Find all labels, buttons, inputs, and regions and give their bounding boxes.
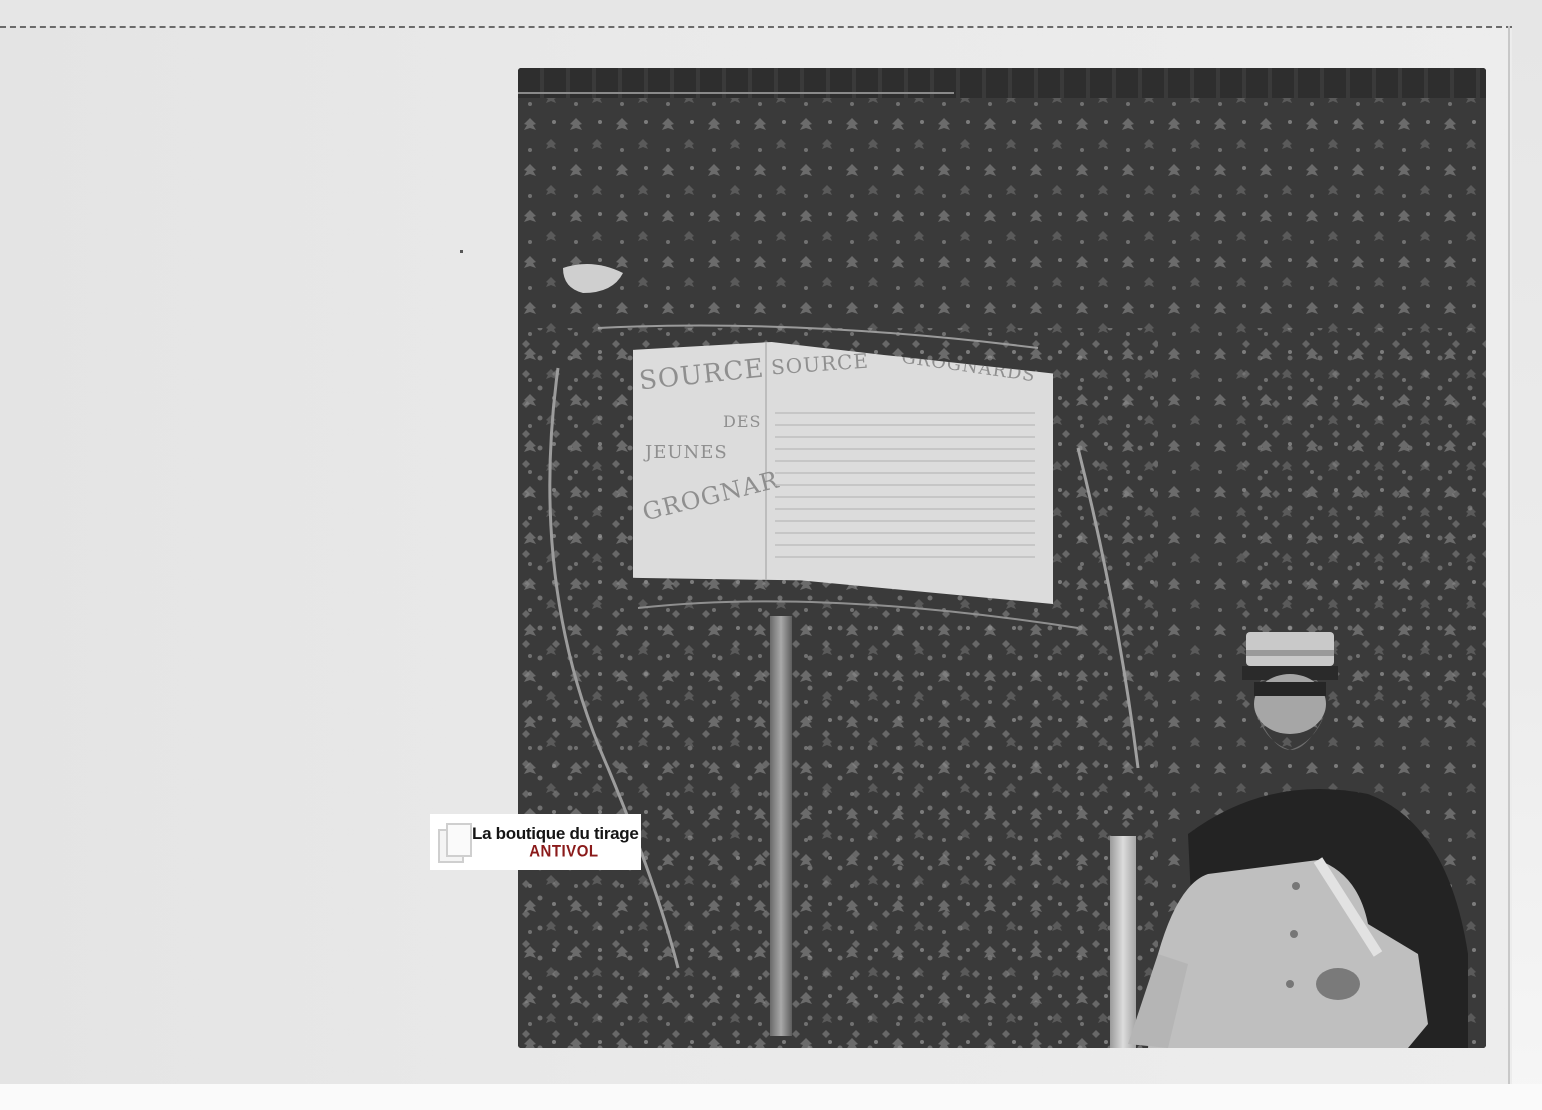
sign-text: DES [723,412,761,431]
dust-speck [460,250,463,253]
watermark-title: La boutique du tirage [472,824,639,844]
watermark-text: La boutique du tirage ANTIVOL [472,824,639,860]
sign-text: JEUNES [645,442,728,463]
photograph: SOURCE SOURCE GROGNARDS DES JEUNES GROGN… [518,68,1486,1048]
watermark: La boutique du tirage ANTIVOL [430,814,641,870]
sign-small-print [775,402,1035,562]
soldier-figure [1118,624,1478,1048]
photo-frames-icon [436,819,470,865]
sign-text: SOURCE [638,354,766,397]
scan-margin [0,1084,1542,1110]
sign-board: SOURCE SOURCE GROGNARDS DES JEUNES GROGN… [633,342,1053,604]
sheet-edge [1508,26,1510,1084]
sign-text: SOURCE [770,349,869,380]
watermark-subtitle: ANTIVOL [529,843,598,861]
sign-post [770,616,792,1036]
sign-text: GROGNAR [640,466,782,527]
